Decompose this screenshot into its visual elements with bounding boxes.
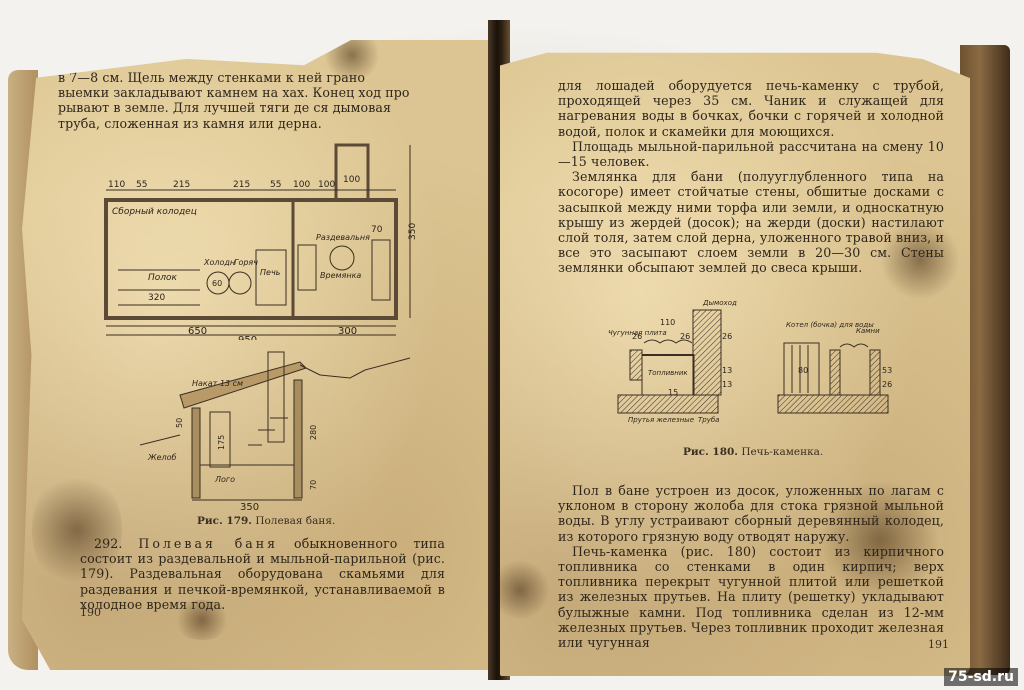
caption-title: Полевая баня.: [255, 515, 335, 527]
svg-text:Топливник: Топливник: [648, 369, 688, 377]
svg-text:350: 350: [408, 223, 418, 240]
caption-number: Рис. 180.: [683, 446, 738, 458]
right-bottom-text: Пол в бане устроен из досок, уложенных п…: [558, 483, 944, 650]
right-top-text: для лошадей оборудуется печь-каменку с т…: [558, 78, 944, 276]
svg-text:70: 70: [309, 480, 318, 490]
svg-text:Дымоход: Дымоход: [702, 299, 737, 307]
paragraph: Пол в бане устроен из досок, уложенных п…: [558, 483, 944, 544]
svg-text:26: 26: [882, 380, 892, 389]
svg-text:Печь: Печь: [260, 268, 281, 277]
svg-text:Труба: Труба: [698, 416, 719, 424]
paragraph: Площадь мыльной-парильной рассчитана на …: [558, 139, 944, 169]
svg-text:100: 100: [318, 180, 335, 190]
bath-plan-drawing: 110 55 215 215 55 100 100 100 350 70 Сбо…: [88, 140, 438, 340]
svg-text:280: 280: [309, 425, 318, 440]
svg-text:Холодн: Холодн: [203, 258, 235, 267]
svg-text:Желоб: Желоб: [147, 453, 177, 462]
text-line: в 7—8 см. Щель между стенками к ней гран…: [58, 70, 443, 85]
svg-text:26: 26: [680, 332, 690, 341]
text-line: выемки закладывают камнем на хах. Конец …: [58, 85, 443, 100]
text-line: рывают в земле. Для лучшей тяги де ся ды…: [58, 100, 443, 115]
svg-text:Камни: Камни: [856, 327, 880, 335]
svg-text:175: 175: [217, 435, 226, 450]
svg-text:Полок: Полок: [148, 273, 178, 283]
text-line: труба, сложенная из камня или дерна.: [58, 116, 443, 131]
svg-text:110: 110: [660, 318, 675, 327]
figure-180: Дымоход Чугунная плита Топливник Прутья …: [608, 295, 898, 425]
figure-179-plan: 110 55 215 215 55 100 100 100 350 70 Сбо…: [88, 140, 438, 340]
svg-text:110: 110: [108, 180, 125, 190]
svg-text:650: 650: [188, 326, 207, 337]
svg-text:300: 300: [338, 326, 357, 337]
svg-text:53: 53: [882, 366, 892, 375]
paragraph: для лошадей оборудуется печь-каменку с т…: [558, 78, 944, 139]
figure-180-caption: Рис. 180. Печь-каменка.: [683, 446, 823, 458]
watermark: 75-sd.ru: [944, 668, 1018, 686]
svg-text:13: 13: [722, 380, 732, 389]
page-number-right: 191: [928, 638, 949, 651]
paragraph-number: 292.: [94, 536, 122, 551]
svg-text:Накат 13 см: Накат 13 см: [192, 379, 243, 388]
stove-drawing: Дымоход Чугунная плита Топливник Прутья …: [608, 295, 898, 425]
svg-text:Горяч: Горяч: [234, 258, 258, 267]
paragraph-heading: Полевая баня: [138, 536, 278, 551]
svg-text:Лого: Лого: [214, 475, 235, 484]
svg-text:Времянка: Времянка: [320, 271, 361, 280]
left-top-text: в 7—8 см. Щель между стенками к ней гран…: [58, 70, 443, 131]
bath-section-drawing: Накат 13 см Желоб Лого 50 175 280 70 350: [140, 350, 430, 515]
svg-text:60: 60: [212, 279, 222, 288]
svg-text:Раздевальня: Раздевальня: [316, 233, 370, 242]
svg-text:80: 80: [798, 366, 808, 375]
paragraph: Печь-каменка (рис. 180) состоит из кирпи…: [558, 544, 944, 650]
svg-text:15: 15: [668, 388, 678, 397]
svg-text:Сборный колодец: Сборный колодец: [112, 207, 197, 217]
paragraph: Землянка для бани (полууглубленного типа…: [558, 169, 944, 275]
svg-text:26: 26: [722, 332, 732, 341]
svg-text:350: 350: [240, 502, 259, 513]
paragraph-292: 292. Полевая баня обыкновенного типа сос…: [80, 536, 445, 612]
svg-text:100: 100: [343, 175, 360, 185]
svg-text:320: 320: [148, 293, 165, 303]
page-number-left: 190: [80, 606, 101, 619]
right-page: для лошадей оборудуется печь-каменку с т…: [500, 40, 970, 676]
svg-text:100: 100: [293, 180, 310, 190]
svg-text:Прутья железные: Прутья железные: [628, 416, 694, 424]
svg-text:50: 50: [175, 418, 184, 428]
svg-text:55: 55: [270, 180, 281, 190]
svg-text:26: 26: [632, 332, 642, 341]
caption-title: Печь-каменка.: [741, 446, 823, 458]
svg-text:215: 215: [233, 180, 250, 190]
figure-179-caption: Рис. 179. Полевая баня.: [197, 515, 335, 527]
svg-text:70: 70: [371, 225, 383, 235]
left-page: в 7—8 см. Щель между стенками к ней гран…: [22, 40, 492, 670]
svg-text:13: 13: [722, 366, 732, 375]
svg-text:55: 55: [136, 180, 147, 190]
svg-text:950: 950: [238, 335, 257, 340]
svg-text:215: 215: [173, 180, 190, 190]
figure-179-section: Накат 13 см Желоб Лого 50 175 280 70 350: [140, 350, 430, 515]
caption-number: Рис. 179.: [197, 515, 252, 527]
